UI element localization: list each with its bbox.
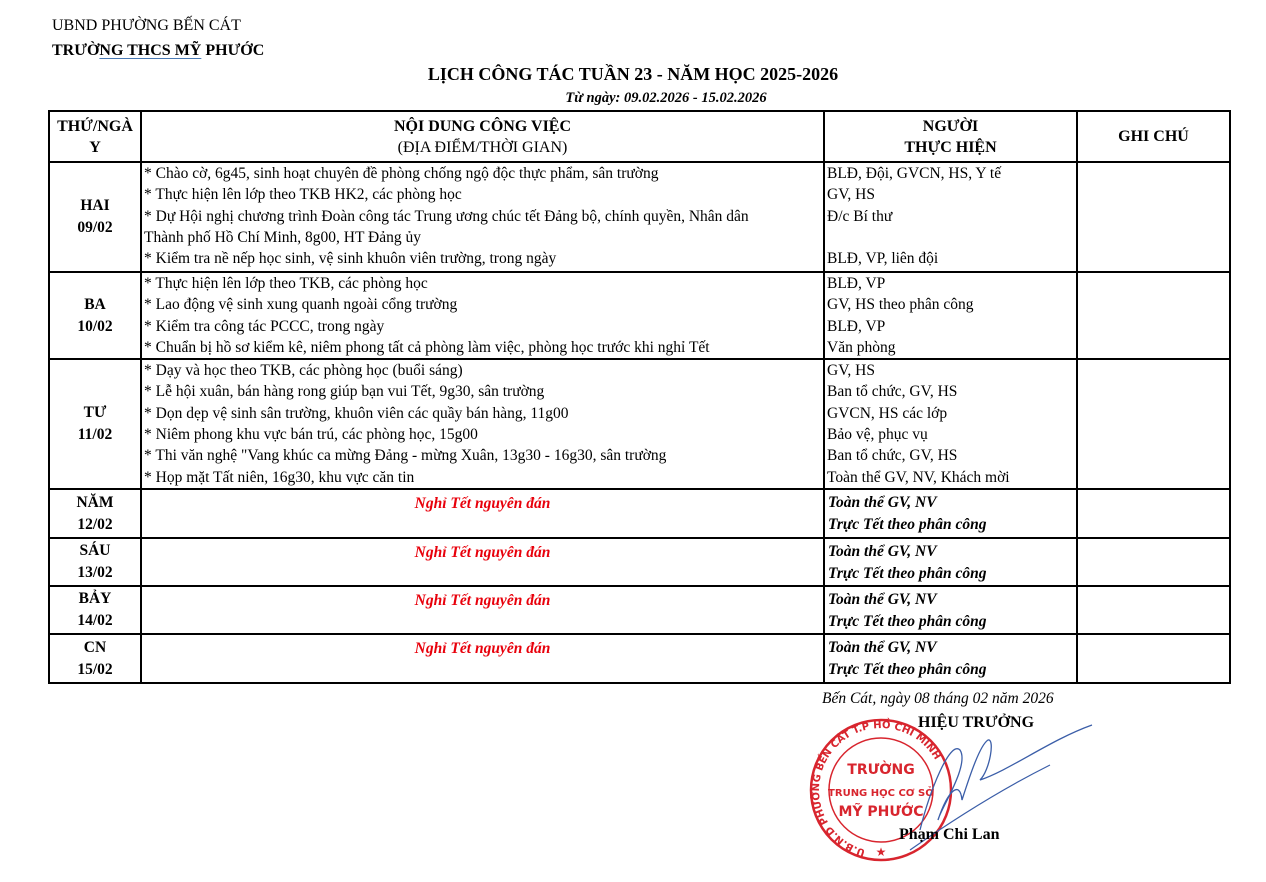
content-cell: * Chào cờ, 6g45, sinh hoạt chuyên đề phò… <box>141 162 824 272</box>
note-cell <box>1077 489 1230 538</box>
date: 15/02 <box>50 659 140 681</box>
holiday-label: Nghỉ Tết nguyên đán <box>415 592 551 609</box>
weekday: NĂM <box>50 492 140 514</box>
person-cell: BLĐ, VPGV, HS theo phân côngBLĐ, VPVăn p… <box>824 272 1077 359</box>
day-cell: TƯ11/02 <box>49 359 141 489</box>
signer-name: Phạm Chi Lan <box>899 826 999 844</box>
note-cell <box>1077 538 1230 586</box>
task-line: * Dự Hội nghị chương trình Đoàn công tác… <box>144 206 823 227</box>
handwritten-signature <box>900 720 1100 870</box>
table-row: HAI09/02* Chào cờ, 6g45, sinh hoạt chuyê… <box>49 162 1230 272</box>
org-parent-name: UBND PHƯỜNG BẾN CÁT <box>52 17 241 35</box>
table-row: CN15/02Nghỉ Tết nguyên đánToàn thể GV, N… <box>49 634 1230 683</box>
sign-place-date: Bến Cát, ngày 08 tháng 02 năm 2026 <box>822 690 1054 708</box>
holiday-label: Nghỉ Tết nguyên đán <box>415 640 551 657</box>
holiday-cell: Nghỉ Tết nguyên đán <box>141 634 824 683</box>
date: 11/02 <box>50 424 140 446</box>
header-content: NỘI DUNG CÔNG VIỆC(ĐỊA ĐIỂM/THỜI GIAN) <box>141 111 824 162</box>
task-line: * Họp mặt Tất niên, 16g30, khu vực căn t… <box>144 467 823 488</box>
person-cell: GV, HSBan tổ chức, GV, HSGVCN, HS các lớ… <box>824 359 1077 489</box>
person-line: GV, HS <box>827 184 1076 205</box>
person-line: Trực Tết theo phân công <box>828 659 1076 681</box>
task-line: * Dọn dẹp vệ sinh sân trường, khuôn viên… <box>144 403 823 424</box>
star-icon: ★ <box>876 845 887 859</box>
weekday: BA <box>50 294 140 316</box>
header-person: NGƯỜITHỰC HIỆN <box>824 111 1077 162</box>
task-line: Thành phố Hồ Chí Minh, 8g00, HT Đảng ủy <box>144 227 823 248</box>
table-row: SÁU13/02Nghỉ Tết nguyên đánToàn thể GV, … <box>49 538 1230 586</box>
weekday: HAI <box>50 195 140 217</box>
person-line: GVCN, HS các lớp <box>827 403 1076 424</box>
weekday: BẢY <box>50 588 140 610</box>
header-content-sub: (ĐỊA ĐIỂM/THỜI GIAN) <box>142 137 823 158</box>
person-cell: Toàn thể GV, NVTrực Tết theo phân công <box>824 538 1077 586</box>
person-line: Văn phòng <box>827 337 1076 358</box>
person-line: Ban tổ chức, GV, HS <box>827 445 1076 466</box>
person-line: BLĐ, Đội, GVCN, HS, Y tế <box>827 163 1076 184</box>
holiday-label: Nghỉ Tết nguyên đán <box>415 544 551 561</box>
task-line: * Dạy và học theo TKB, các phòng học (bu… <box>144 360 823 381</box>
task-line: * Kiểm tra nề nếp học sinh, vệ sinh khuô… <box>144 248 823 269</box>
task-line: * Kiểm tra công tác PCCC, trong ngày <box>144 316 823 337</box>
date: 14/02 <box>50 610 140 632</box>
note-cell <box>1077 359 1230 489</box>
holiday-cell: Nghỉ Tết nguyên đán <box>141 489 824 538</box>
table-row: NĂM12/02Nghỉ Tết nguyên đánToàn thể GV, … <box>49 489 1230 538</box>
date: 10/02 <box>50 316 140 338</box>
date: 09/02 <box>50 217 140 239</box>
task-line: * Thực hiện lên lớp theo TKB, các phòng … <box>144 273 823 294</box>
school-name: TRƯỜNG THCS MỸ PHƯỚC <box>52 42 264 60</box>
holiday-cell: Nghỉ Tết nguyên đán <box>141 586 824 634</box>
person-line: Bảo vệ, phục vụ <box>827 424 1076 445</box>
holiday-cell: Nghỉ Tết nguyên đán <box>141 538 824 586</box>
date-range: Từ ngày: 09.02.2026 - 15.02.2026 <box>0 90 1266 107</box>
header-day-line: Y <box>50 137 140 158</box>
note-cell <box>1077 634 1230 683</box>
person-line: Toàn thể GV, NV <box>828 589 1076 611</box>
day-cell: SÁU13/02 <box>49 538 141 586</box>
date: 13/02 <box>50 562 140 584</box>
task-line: * Thi văn nghệ "Vang khúc ca mừng Đảng -… <box>144 445 823 466</box>
header-note: GHI CHÚ <box>1077 111 1230 162</box>
person-line: Toàn thể GV, NV <box>828 637 1076 659</box>
person-line: Đ/c Bí thư <box>827 206 1076 227</box>
content-cell: * Thực hiện lên lớp theo TKB, các phòng … <box>141 272 824 359</box>
schedule-table: THỨ/NGÀY NỘI DUNG CÔNG VIỆC(ĐỊA ĐIỂM/THỜ… <box>48 110 1231 684</box>
header-day: THỨ/NGÀY <box>49 111 141 162</box>
person-line: GV, HS <box>827 360 1076 381</box>
content-cell: * Dạy và học theo TKB, các phòng học (bu… <box>141 359 824 489</box>
person-cell: BLĐ, Đội, GVCN, HS, Y tếGV, HSĐ/c Bí thư… <box>824 162 1077 272</box>
day-cell: NĂM12/02 <box>49 489 141 538</box>
header-person-line: THỰC HIỆN <box>825 137 1076 158</box>
person-cell: Toàn thể GV, NVTrực Tết theo phân công <box>824 489 1077 538</box>
task-line: * Thực hiện lên lớp theo TKB HK2, các ph… <box>144 184 823 205</box>
holiday-label: Nghỉ Tết nguyên đán <box>415 495 551 512</box>
date: 12/02 <box>50 514 140 536</box>
person-line: Ban tổ chức, GV, HS <box>827 381 1076 402</box>
note-cell <box>1077 162 1230 272</box>
school-name-underlined: NG THCS MỸ <box>99 42 201 59</box>
task-line: * Lễ hội xuân, bán hàng rong giúp bạn vu… <box>144 381 823 402</box>
weekday: CN <box>50 637 140 659</box>
school-name-part: PHƯỚC <box>201 42 264 59</box>
person-line <box>827 227 1076 248</box>
person-line: Trực Tết theo phân công <box>828 514 1076 536</box>
document-title: LỊCH CÔNG TÁC TUẦN 23 - NĂM HỌC 2025-202… <box>0 64 1266 85</box>
person-line: GV, HS theo phân công <box>827 294 1076 315</box>
note-cell <box>1077 272 1230 359</box>
person-line: Toàn thể GV, NV, Khách mời <box>827 467 1076 488</box>
table-row: TƯ11/02* Dạy và học theo TKB, các phòng … <box>49 359 1230 489</box>
note-cell <box>1077 586 1230 634</box>
header-day-line: THỨ/NGÀ <box>50 116 140 137</box>
weekday: SÁU <box>50 540 140 562</box>
person-line: BLĐ, VP, liên đội <box>827 248 1076 269</box>
person-line: BLĐ, VP <box>827 273 1076 294</box>
person-cell: Toàn thể GV, NVTrực Tết theo phân công <box>824 586 1077 634</box>
person-line: Toàn thể GV, NV <box>828 541 1076 563</box>
table-row: BẢY14/02Nghỉ Tết nguyên đánToàn thể GV, … <box>49 586 1230 634</box>
person-line: Trực Tết theo phân công <box>828 611 1076 633</box>
weekday: TƯ <box>50 402 140 424</box>
person-line: Trực Tết theo phân công <box>828 563 1076 585</box>
task-line: * Niêm phong khu vực bán trú, các phòng … <box>144 424 823 445</box>
table-header-row: THỨ/NGÀY NỘI DUNG CÔNG VIỆC(ĐỊA ĐIỂM/THỜ… <box>49 111 1230 162</box>
day-cell: BA10/02 <box>49 272 141 359</box>
school-name-part: TRƯỜ <box>52 42 99 59</box>
task-line: * Chuẩn bị hồ sơ kiểm kê, niêm phong tất… <box>144 337 823 358</box>
task-line: * Chào cờ, 6g45, sinh hoạt chuyên đề phò… <box>144 163 823 184</box>
task-line: * Lao động vệ sinh xung quanh ngoài cổng… <box>144 294 823 315</box>
header-person-line: NGƯỜI <box>825 116 1076 137</box>
person-line: BLĐ, VP <box>827 316 1076 337</box>
day-cell: HAI09/02 <box>49 162 141 272</box>
day-cell: CN15/02 <box>49 634 141 683</box>
table-row: BA10/02* Thực hiện lên lớp theo TKB, các… <box>49 272 1230 359</box>
person-line: Toàn thể GV, NV <box>828 492 1076 514</box>
person-cell: Toàn thể GV, NVTrực Tết theo phân công <box>824 634 1077 683</box>
header-content-line: NỘI DUNG CÔNG VIỆC <box>142 116 823 137</box>
day-cell: BẢY14/02 <box>49 586 141 634</box>
